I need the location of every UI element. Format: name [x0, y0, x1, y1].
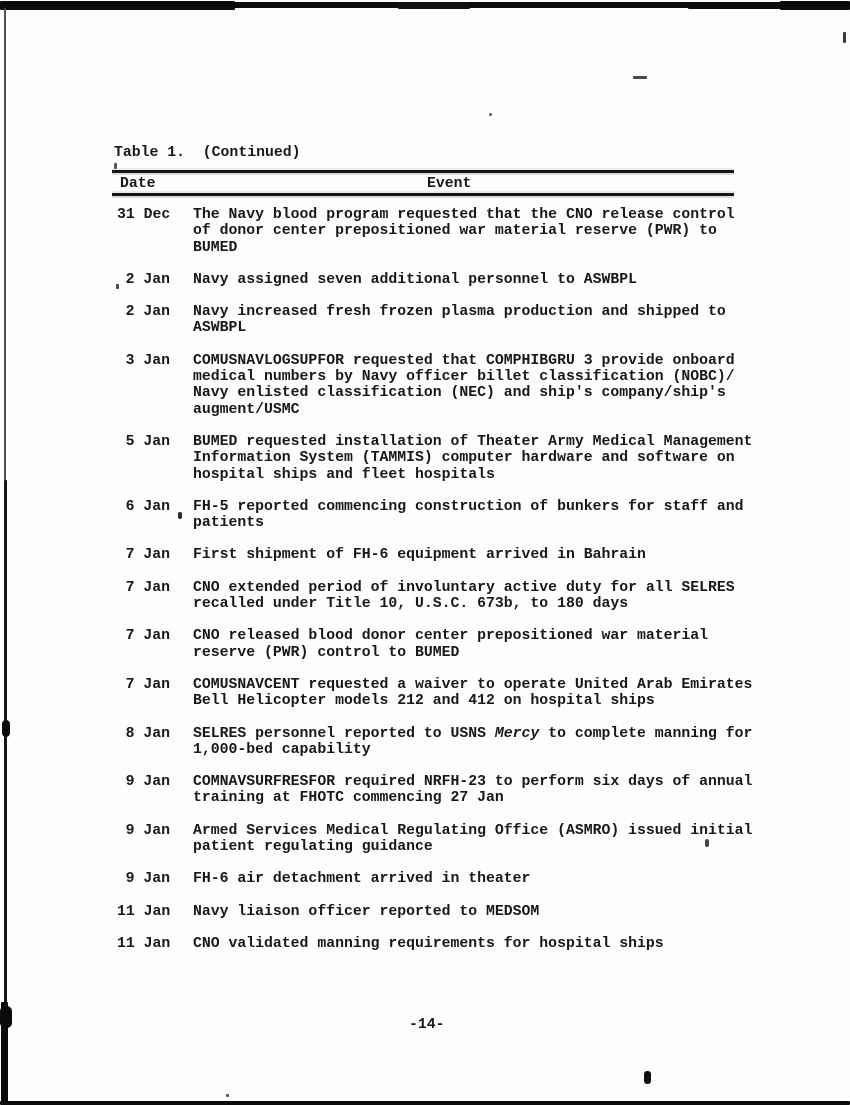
event-date: 31 Dec — [117, 207, 170, 256]
event-description: CNO released blood donor center preposit… — [193, 628, 708, 661]
scan-left-edge-lower — [4, 480, 7, 1010]
event-date: 6 Jan — [117, 499, 170, 532]
table-row: 9 JanFH-6 air detachment arrived in thea… — [117, 871, 777, 887]
scan-left-blob-2 — [0, 1006, 12, 1028]
table-title: Table 1. (Continued) — [114, 145, 300, 161]
event-description: COMNAVSURFRESFOR required NRFH-23 to per… — [193, 774, 752, 807]
ink-mark-title — [114, 163, 117, 169]
event-description: Armed Services Medical Regulating Office… — [193, 823, 752, 856]
event-description: COMUSNAVLOGSUPFOR requested that COMPHIB… — [193, 353, 735, 418]
column-header-date: Date — [120, 176, 156, 192]
event-table-body: 31 DecThe Navy blood program requested t… — [117, 207, 777, 968]
table-row: 8 JanSELRES personnel reported to USNS M… — [117, 726, 777, 759]
scan-top-edge-left — [0, 1, 235, 10]
italicized-ship-name: Mercy — [495, 726, 539, 742]
table-row: 6 JanFH-5 reported commencing constructi… — [117, 499, 777, 532]
ink-blob — [644, 1071, 651, 1084]
table-row: 7 JanCNO released blood donor center pre… — [117, 628, 777, 661]
event-date: 11 Jan — [117, 904, 170, 920]
event-date: 7 Jan — [117, 547, 170, 563]
event-description: Navy increased fresh frozen plasma produ… — [193, 304, 726, 337]
event-date: 11 Jan — [117, 936, 170, 952]
event-date: 3 Jan — [117, 353, 170, 418]
table-row: 2 JanNavy assigned seven additional pers… — [117, 272, 777, 288]
event-date: 2 Jan — [117, 272, 170, 288]
table-row: 3 JanCOMUSNAVLOGSUPFOR requested that CO… — [117, 353, 777, 418]
ink-dash — [633, 76, 647, 79]
event-description: First shipment of FH-6 equipment arrived… — [193, 547, 646, 563]
table-row: 7 JanCNO extended period of involuntary … — [117, 580, 777, 613]
ink-mark-2 — [705, 839, 709, 847]
event-date: 7 Jan — [117, 628, 170, 661]
event-date: 7 Jan — [117, 677, 170, 710]
event-description: BUMED requested installation of Theater … — [193, 434, 752, 483]
table-row: 31 DecThe Navy blood program requested t… — [117, 207, 777, 256]
table-row: 11 JanCNO validated manning requirements… — [117, 936, 777, 952]
event-description: SELRES personnel reported to USNS Mercy … — [193, 726, 752, 759]
event-date: 5 Jan — [117, 434, 170, 483]
table-row: 5 JanBUMED requested installation of The… — [117, 434, 777, 483]
event-date: 9 Jan — [117, 823, 170, 856]
ink-dot-2 — [116, 284, 119, 289]
ink-dot-1 — [489, 113, 492, 116]
header-rule-bottom — [112, 193, 734, 196]
table-row: 9 JanCOMNAVSURFRESFOR required NRFH-23 t… — [117, 774, 777, 807]
scan-left-blob-1 — [2, 720, 10, 737]
event-description: Navy liaison officer reported to MEDSOM — [193, 904, 539, 920]
event-description: CNO extended period of involuntary activ… — [193, 580, 735, 613]
event-date: 7 Jan — [117, 580, 170, 613]
event-description: COMUSNAVCENT requested a waiver to opera… — [193, 677, 752, 710]
event-description: FH-6 air detachment arrived in theater — [193, 871, 530, 887]
event-description: FH-5 reported commencing construction of… — [193, 499, 744, 532]
event-description: Navy assigned seven additional personnel… — [193, 272, 637, 288]
table-row: 7 JanFirst shipment of FH-6 equipment ar… — [117, 547, 777, 563]
ink-comma — [178, 512, 182, 519]
column-header-event: Event — [427, 176, 471, 192]
header-rule-top — [112, 170, 734, 173]
event-date: 2 Jan — [117, 304, 170, 337]
table-row: 11 JanNavy liaison officer reported to M… — [117, 904, 777, 920]
table-row: 2 JanNavy increased fresh frozen plasma … — [117, 304, 777, 337]
scan-top-edge-dash — [398, 2, 470, 9]
scan-left-edge-upper — [4, 8, 6, 488]
scan-top-edge-far-right — [780, 1, 850, 10]
table-row: 9 JanArmed Services Medical Regulating O… — [117, 823, 777, 856]
scan-corner-tick — [843, 32, 846, 43]
event-date: 8 Jan — [117, 726, 170, 759]
ink-dot-3 — [226, 1094, 229, 1097]
event-date: 9 Jan — [117, 774, 170, 807]
table-row: 7 JanCOMUSNAVCENT requested a waiver to … — [117, 677, 777, 710]
page-number: -14- — [409, 1017, 445, 1033]
event-description: The Navy blood program requested that th… — [193, 207, 735, 256]
event-date: 9 Jan — [117, 871, 170, 887]
scan-bottom-edge — [0, 1101, 850, 1105]
scanned-document-page: Table 1. (Continued) Date Event 31 DecTh… — [0, 0, 850, 1105]
event-description: CNO validated manning requirements for h… — [193, 936, 664, 952]
